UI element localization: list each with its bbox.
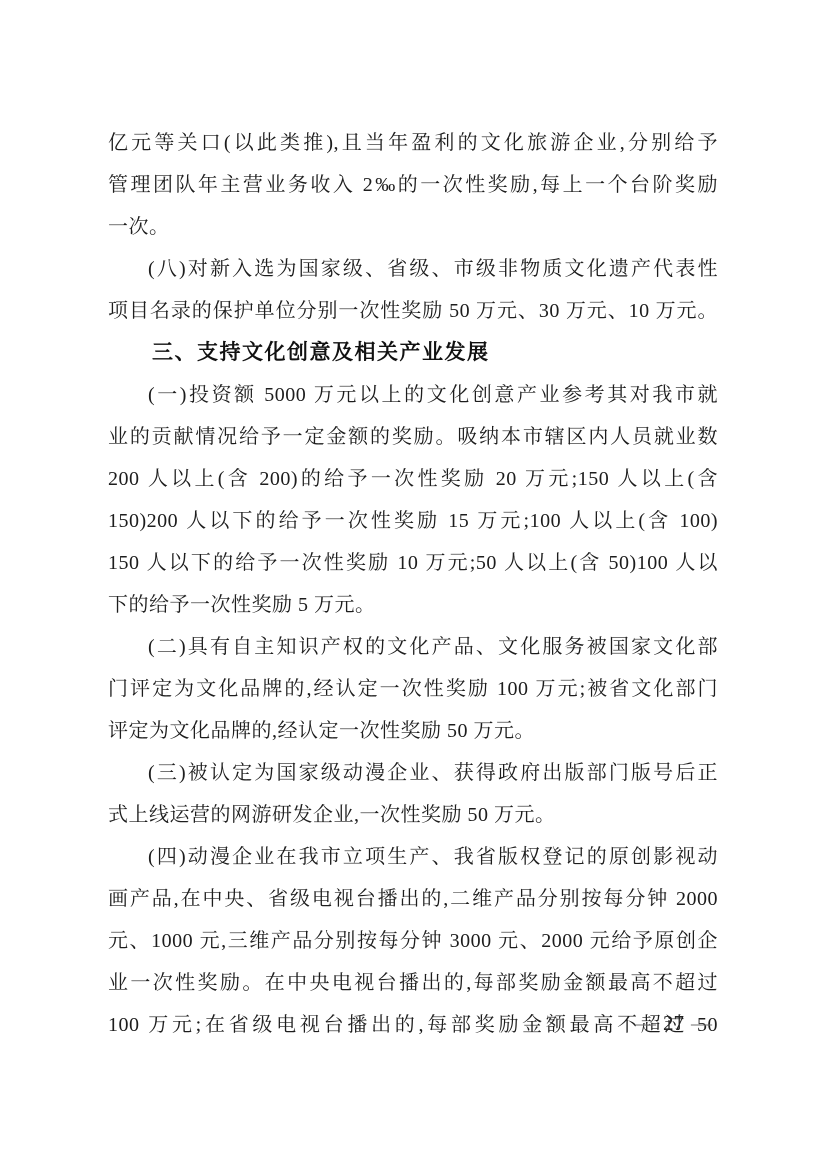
body-line: 式上线运营的网游研发企业,一次性奖励 50 万元。 — [108, 794, 718, 836]
body-line: 150)200 人以下的给予一次性奖励 15 万元;100 人以上(含 100) — [108, 500, 718, 542]
page-number: —27— — [635, 1002, 712, 1044]
body-line: (三)被认定为国家级动漫企业、获得政府出版部门版号后正 — [108, 752, 718, 794]
body-line: (一)投资额 5000 万元以上的文化创意产业参考其对我市就 — [108, 374, 718, 416]
body-line: 100 万元;在省级电视台播出的,每部奖励金额最高不超过 50 — [108, 1004, 718, 1046]
body-line: 元、1000 元,三维产品分别按每分钟 3000 元、2000 元给予原创企 — [108, 920, 718, 962]
body-line: 150 人以下的给予一次性奖励 10 万元;50 人以上(含 50)100 人以 — [108, 542, 718, 584]
body-line: 管理团队年主营业务收入 2‰的一次性奖励,每上一个台阶奖励 — [108, 164, 718, 206]
body-line: 下的给予一次性奖励 5 万元。 — [108, 584, 718, 626]
page-number-dash-right: — — [691, 1011, 712, 1035]
page-number-value: 27 — [656, 1011, 691, 1035]
body-line: 画产品,在中央、省级电视台播出的,二维产品分别按每分钟 2000 — [108, 878, 718, 920]
body-line: 一次。 — [108, 206, 718, 248]
body-line: (四)动漫企业在我市立项生产、我省版权登记的原创影视动 — [108, 836, 718, 878]
body-line: (二)具有自主知识产权的文化产品、文化服务被国家文化部 — [108, 626, 718, 668]
document-page: 亿元等关口(以此类推),且当年盈利的文化旅游企业,分别给予 管理团队年主营业务收… — [0, 0, 826, 1169]
document-body: 亿元等关口(以此类推),且当年盈利的文化旅游企业,分别给予 管理团队年主营业务收… — [108, 122, 718, 1046]
body-line: 200 人以上(含 200)的给予一次性奖励 20 万元;150 人以上(含 — [108, 458, 718, 500]
body-line: 门评定为文化品牌的,经认定一次性奖励 100 万元;被省文化部门 — [108, 668, 718, 710]
page-number-dash-left: — — [635, 1011, 656, 1035]
body-line: 业一次性奖励。在中央电视台播出的,每部奖励金额最高不超过 — [108, 962, 718, 1004]
body-line: 项目名录的保护单位分别一次性奖励 50 万元、30 万元、10 万元。 — [108, 290, 718, 332]
section-heading: 三、支持文化创意及相关产业发展 — [108, 332, 718, 374]
body-line: (八)对新入选为国家级、省级、市级非物质文化遗产代表性 — [108, 248, 718, 290]
body-line: 评定为文化品牌的,经认定一次性奖励 50 万元。 — [108, 710, 718, 752]
body-line: 业的贡献情况给予一定金额的奖励。吸纳本市辖区内人员就业数 — [108, 416, 718, 458]
body-line: 亿元等关口(以此类推),且当年盈利的文化旅游企业,分别给予 — [108, 122, 718, 164]
